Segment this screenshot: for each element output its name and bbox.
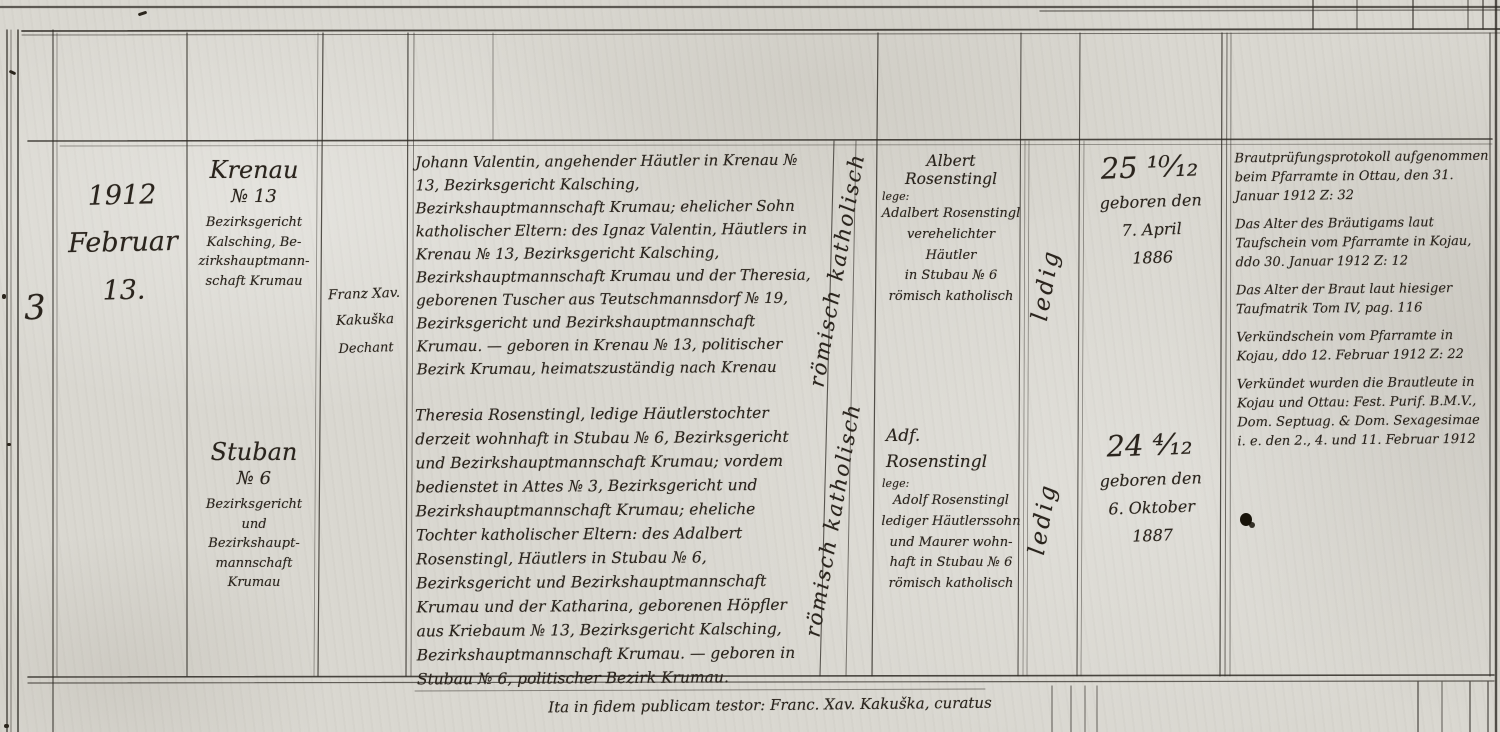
officiant: Franz Xav. Kakuška Dechant — [321, 281, 410, 358]
groom-residence-district: Bezirksgericht Kalsching, Be- zirkshaupt… — [192, 213, 316, 291]
witness-second-name: Adf. Rosenstingl — [886, 424, 1022, 475]
bride-residence: Stuban № 6 Bezirksgericht und Bezirkshau… — [192, 438, 316, 593]
groom-age-value: 25 ¹⁰⁄₁₂ — [1084, 148, 1215, 187]
groom-description: Johann Valentin, angehender Häutler in K… — [415, 149, 819, 382]
ink-blot — [1249, 522, 1255, 528]
note-paragraph: Brautprüfungsprotokoll aufgenommen beim … — [1234, 147, 1489, 207]
officiant-name: Franz Xav. Kakuška — [321, 281, 409, 335]
bride-residence-house: № 6 — [192, 468, 316, 489]
notes-column: Brautprüfungsprotokoll aufgenommen beim … — [1234, 147, 1491, 452]
ink-speck — [2, 294, 6, 299]
groom-residence-house: № 13 — [192, 186, 316, 207]
groom-age-cell: 25 ¹⁰⁄₁₂ geboren den 7. April 1886 — [1084, 148, 1218, 274]
marriage-date: 1912 Februar 13. — [59, 171, 188, 315]
bride-description: Theresia Rosenstingl, ledige Häutlerstoc… — [415, 401, 819, 692]
witness-first-lege-label: lege: — [882, 190, 1022, 203]
officiant-title: Dechant — [323, 340, 409, 358]
groom-birth-date: geboren den 7. April 1886 — [1085, 186, 1218, 274]
note-paragraph: Das Alter des Bräutigams laut Taufschein… — [1235, 213, 1490, 273]
witness-first-details: Adalbert Rosenstingl verehelichter Häutl… — [880, 204, 1022, 308]
bride-residence-district: Bezirksgericht und Bezirkshaupt- mannsch… — [192, 495, 316, 593]
witness-second-lege-label: lege: — [882, 477, 1022, 490]
note-paragraph: Verkündet wurden die Brautleute in Kojau… — [1237, 373, 1492, 452]
bride-age-value: 24 ⁴⁄₁₂ — [1084, 426, 1215, 465]
groom-residence-place: Krenau — [192, 156, 316, 184]
ink-speck — [4, 724, 9, 728]
bride-residence-place: Stuban — [192, 438, 316, 466]
bride-age-cell: 24 ⁴⁄₁₂ geboren den 6. Oktober 1887 — [1084, 426, 1218, 552]
witness-entry-first: Albert Rosenstingl lege: Adalbert Rosens… — [880, 152, 1022, 308]
witness-entry-second: Adf. Rosenstingl lege: Adolf Rosenstingl… — [880, 424, 1022, 595]
note-paragraph: Verkündschein vom Pfarramte in Kojau, dd… — [1236, 326, 1490, 367]
groom-residence: Krenau № 13 Bezirksgericht Kalsching, Be… — [192, 156, 316, 291]
ink-speck — [7, 443, 11, 446]
witness-first-name: Albert Rosenstingl — [880, 152, 1022, 188]
witness-second-details: Adolf Rosenstingl lediger Häutlerssohn u… — [880, 491, 1022, 595]
note-paragraph: Das Alter der Braut laut hiesiger Taufma… — [1236, 279, 1490, 320]
bride-birth-date: geboren den 6. Oktober 1887 — [1085, 464, 1218, 552]
marriage-register-scan: 3 1912 Februar 13. Krenau № 13 Bezirksge… — [0, 0, 1500, 732]
entry-number: 3 — [15, 287, 54, 328]
